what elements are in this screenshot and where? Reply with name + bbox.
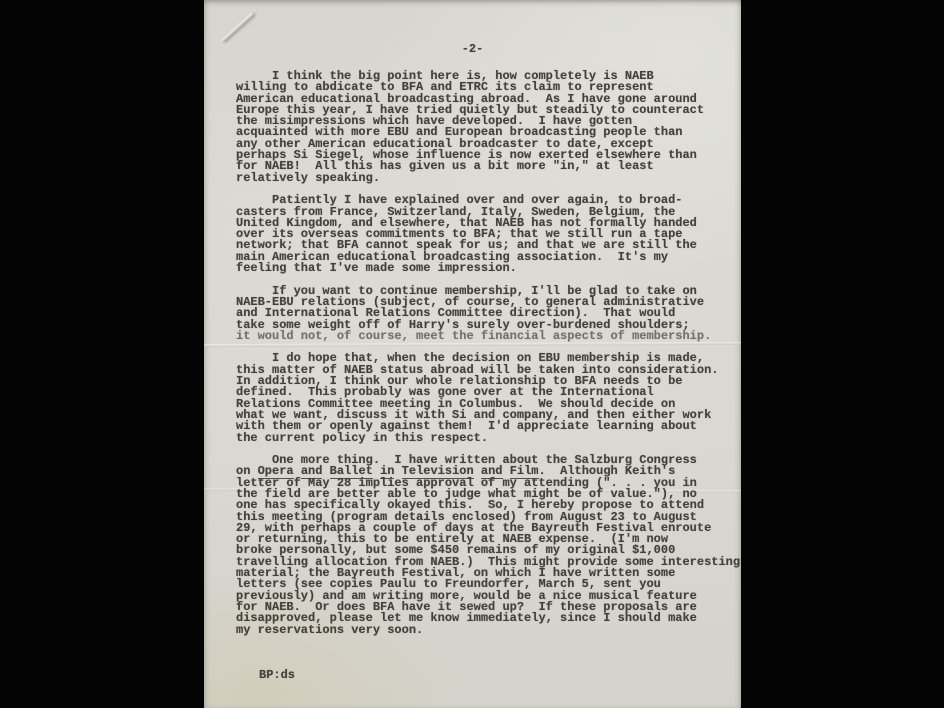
letter-body: I think the big point here is, how compl… bbox=[236, 71, 741, 647]
text-line: feeling that I've made some impression. bbox=[236, 263, 741, 274]
page-number: -2- bbox=[204, 44, 741, 55]
text-line: my reservations very soon. bbox=[236, 625, 741, 636]
typist-initials: BP:ds bbox=[259, 670, 295, 681]
text-line: relatively speaking. bbox=[236, 173, 741, 184]
scan-background: -2- I think the big point here is, how c… bbox=[0, 0, 944, 708]
paragraph: Patiently I have explained over and over… bbox=[236, 195, 741, 274]
paragraph: I do hope that, when the decision on EBU… bbox=[236, 353, 741, 443]
paragraph: I think the big point here is, how compl… bbox=[236, 71, 741, 184]
letter-page: -2- I think the big point here is, how c… bbox=[204, 0, 741, 708]
paragraph: If you want to continue membership, I'll… bbox=[236, 286, 741, 342]
paragraph: One more thing. I have written about the… bbox=[236, 455, 741, 636]
text-line: it would not, of course, meet the financ… bbox=[236, 331, 741, 342]
text-line: the current policy in this respect. bbox=[236, 433, 741, 444]
staple-mark bbox=[220, 12, 253, 42]
